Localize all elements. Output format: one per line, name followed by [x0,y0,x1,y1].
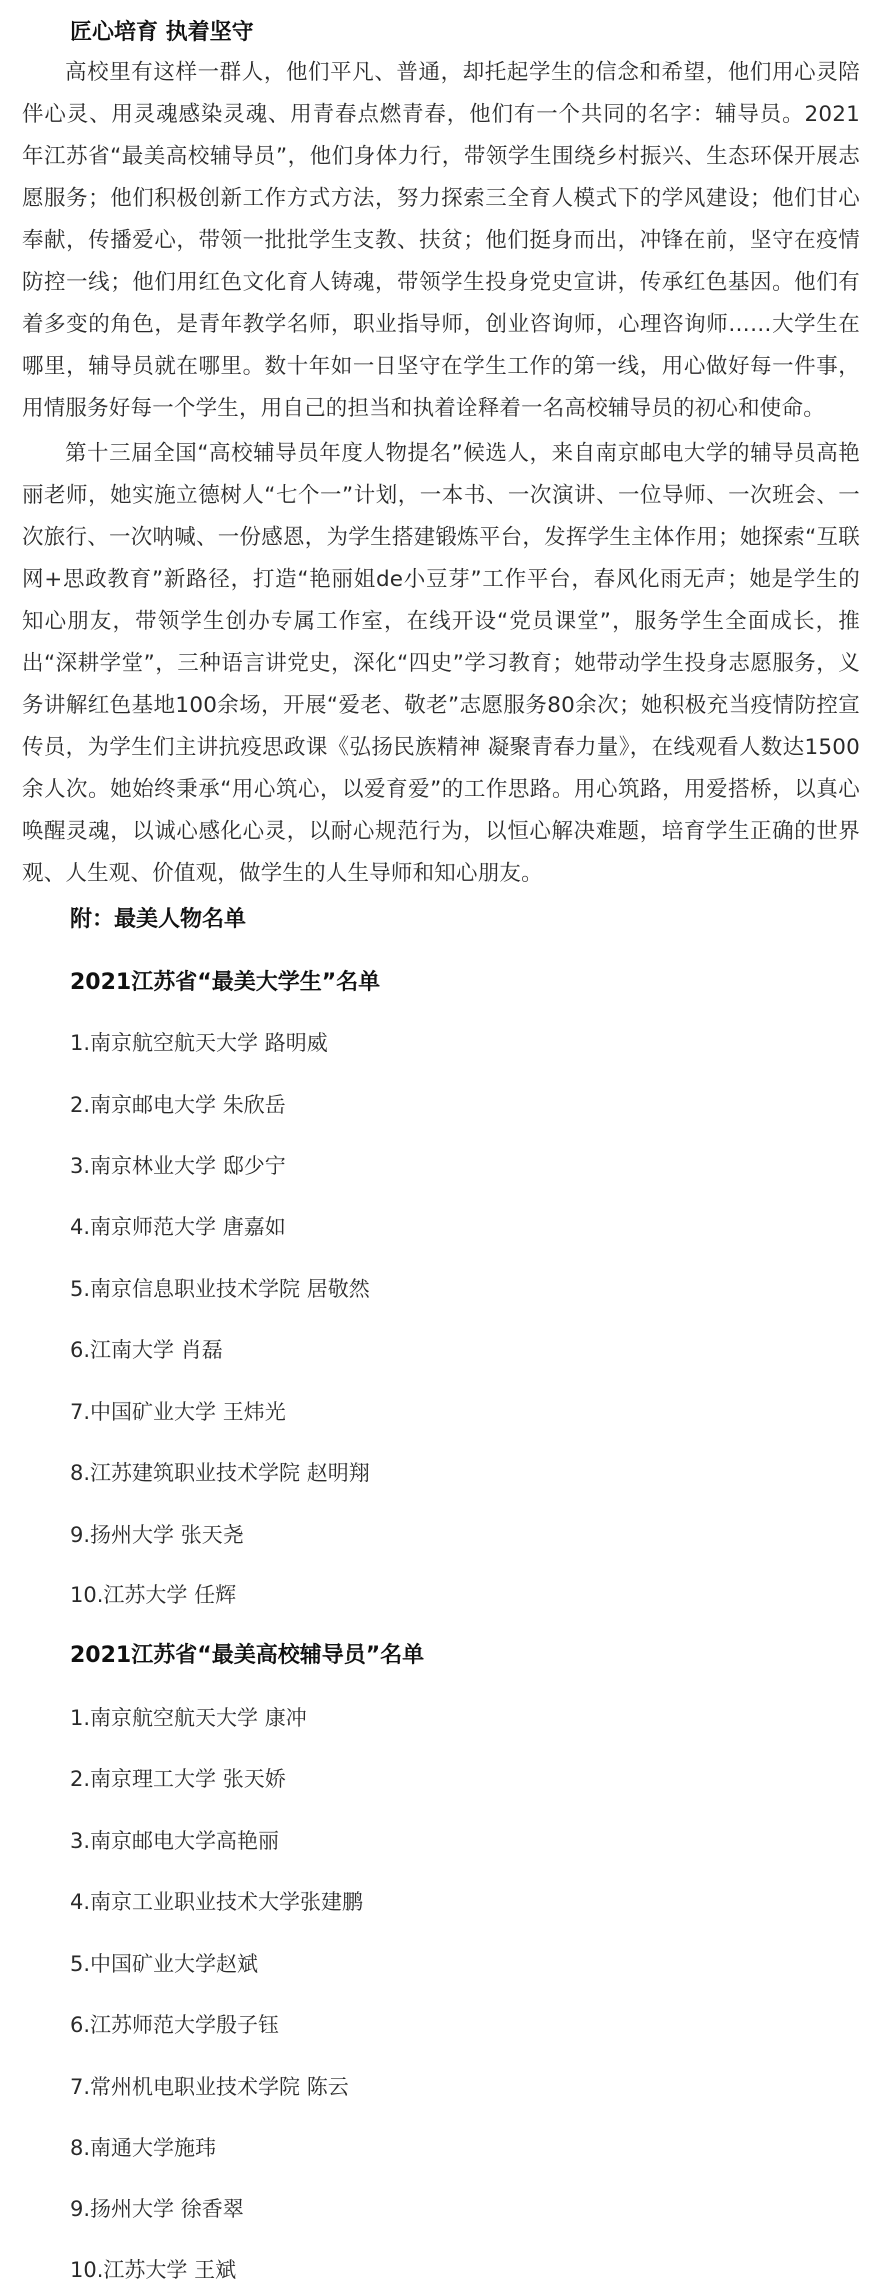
appendix-title: 附：最美人物名单 [70,905,246,935]
list-item: 6.江苏师范大学殷子钰 [70,2010,279,2040]
list-item: 5.中国矿业大学赵斌 [70,1949,258,1979]
list-item: 3.南京林业大学 邸少宁 [70,1151,286,1181]
list-item: 7.常州机电职业技术学院 陈云 [70,2072,349,2102]
section-title: 匠心培育 执着坚守 [70,18,254,48]
list-item: 5.南京信息职业技术学院 居敬然 [70,1274,370,1304]
list-item: 1.南京航空航天大学 路明威 [70,1028,328,1058]
list-title-best-students: 2021江苏省“最美大学生”名单 [70,968,380,998]
list-item: 2.南京邮电大学 朱欣岳 [70,1090,286,1120]
list-item: 1.南京航空航天大学 康冲 [70,1703,307,1733]
list-item: 4.南京师范大学 唐嘉如 [70,1212,286,1242]
list-item: 7.中国矿业大学 王炜光 [70,1397,286,1427]
list-item: 8.江苏建筑职业技术学院 赵明翔 [70,1458,370,1488]
list-item: 8.南通大学施玮 [70,2133,216,2163]
list-item: 9.扬州大学 徐香翠 [70,2194,244,2224]
list-item: 9.扬州大学 张天尧 [70,1520,244,1550]
paragraph-gao-yanli: 第十三届全国“高校辅导员年度人物提名”候选人，来自南京邮电大学的辅导员高艳丽老师… [22,433,860,895]
list-item: 3.南京邮电大学高艳丽 [70,1826,279,1856]
list-item: 4.南京工业职业技术大学张建鹏 [70,1887,363,1917]
list-title-best-counselors: 2021江苏省“最美高校辅导员”名单 [70,1641,424,1671]
list-item: 10.江苏大学 任辉 [70,1580,236,1610]
paragraph-counselors-intro: 高校里有这样一群人，他们平凡、普通，却托起学生的信念和希望，他们用心灵陪伴心灵、… [22,52,860,430]
list-item: 10.江苏大学 王斌 [70,2255,236,2285]
list-item: 2.南京理工大学 张天娇 [70,1764,286,1794]
list-item: 6.江南大学 肖磊 [70,1335,223,1365]
